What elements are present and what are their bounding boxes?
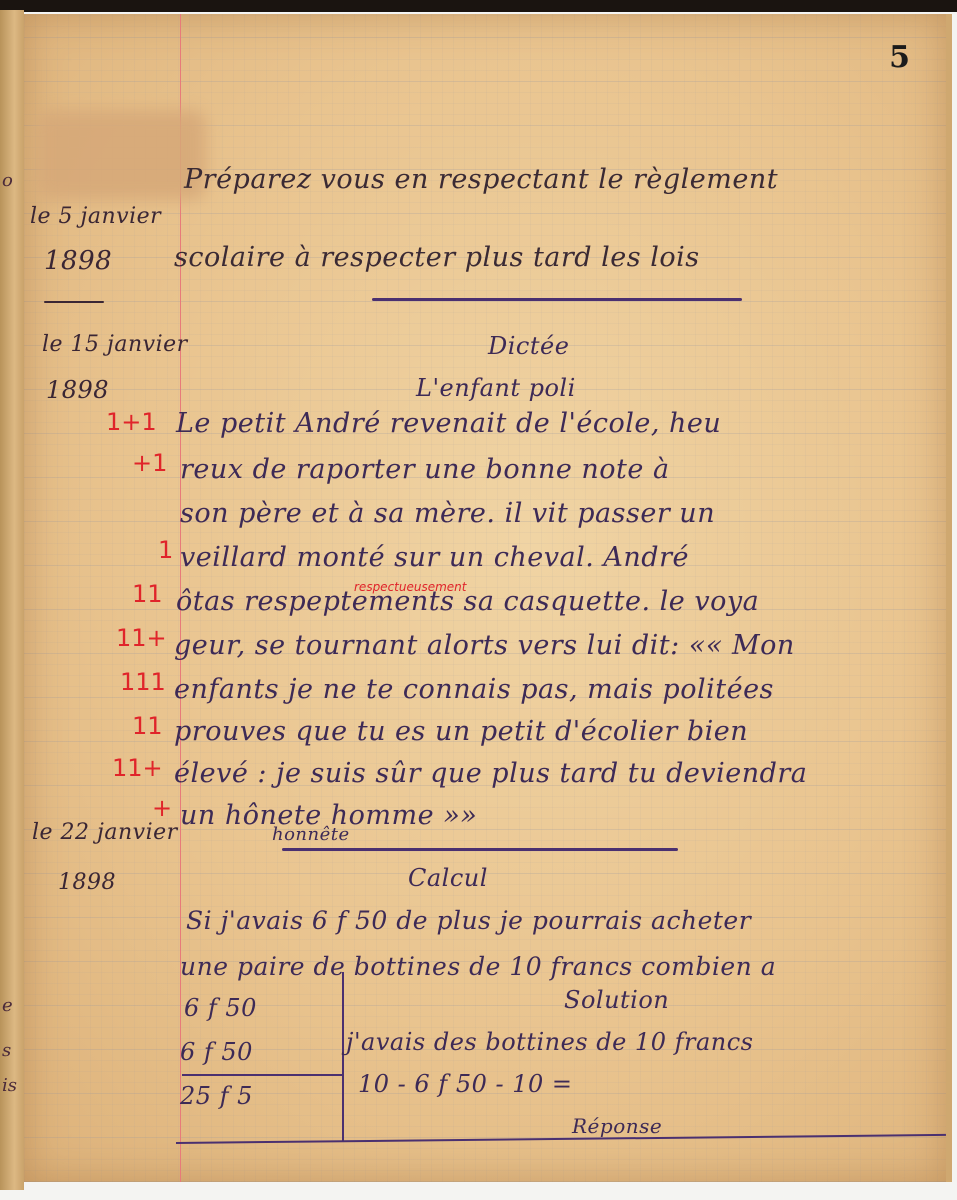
grading-marks: 11 <box>132 712 163 740</box>
spine-text-fragment: is <box>2 1075 17 1096</box>
solution-line: j'avais des bottines de 10 francs <box>346 1028 753 1056</box>
dictation-line: Le petit André revenait de l'école, heu <box>176 408 721 439</box>
teacher-correction: honnête <box>272 824 350 845</box>
grading-marks: 11 <box>132 580 163 608</box>
dictation-line: enfants je ne te connais pas, mais polit… <box>174 674 774 705</box>
dictation-line: son père et à sa mère. il vit passer un <box>180 498 715 529</box>
solution-heading: Solution <box>564 986 669 1014</box>
redacted-name-blur <box>36 110 206 200</box>
dictation-line: reux de raporter une bonne note à <box>180 454 670 485</box>
maxim-line-2: scolaire à respecter plus tard les lois <box>174 242 700 273</box>
problem-line: une paire de bottines de 10 francs combi… <box>180 952 776 981</box>
calculation-value: 6 f 50 <box>184 994 257 1022</box>
margin-divider <box>44 301 104 303</box>
page-number: 5 <box>889 40 910 75</box>
teacher-correction: respectueusement <box>354 580 466 594</box>
date-label: le 15 janvier <box>42 332 188 357</box>
date-label: le 22 janvier <box>32 820 178 845</box>
section-divider <box>282 848 678 851</box>
grading-marks: +1 <box>132 449 167 477</box>
answer-label: Réponse <box>572 1114 662 1138</box>
dictation-line: geur, se tournant alorts vers lui dit: «… <box>174 630 795 661</box>
notebook-page: 5 le 5 janvier 1898 Préparez vous en res… <box>24 14 952 1182</box>
maxim-line-1: Préparez vous en respectant le règlement <box>184 164 778 195</box>
spine-text-fragment: o <box>2 170 13 191</box>
calculation-result: 25 f 5 <box>180 1082 253 1110</box>
dictation-line: veillard monté sur un cheval. André <box>180 542 689 573</box>
date-label: le 5 janvier <box>30 204 161 229</box>
section-heading-dictee: Dictée <box>488 332 569 360</box>
section-heading-calcul: Calcul <box>408 864 488 892</box>
spine-text-fragment: e <box>2 995 13 1016</box>
year-label: 1898 <box>58 870 116 895</box>
dictation-line: ôtas respeptements sa casquette. le voya <box>176 586 759 617</box>
grading-marks: 1+1 <box>106 408 157 436</box>
year-label: 1898 <box>46 376 109 404</box>
dictation-line: prouves que tu es un petit d'écolier bie… <box>174 716 748 747</box>
section-divider <box>372 298 742 301</box>
grading-marks: 11+ <box>116 624 167 652</box>
notebook-spine: o e s is <box>0 10 24 1190</box>
solution-line: 10 - 6 f 50 - 10 = <box>358 1070 573 1098</box>
grading-marks: 11+ <box>112 754 163 782</box>
problem-line: Si j'avais 6 f 50 de plus je pourrais ac… <box>186 906 751 935</box>
scan-top-border <box>0 0 957 12</box>
sum-line <box>182 1074 342 1076</box>
calculation-value: 6 f 50 <box>180 1038 253 1066</box>
dictation-line: élevé : je suis sûr que plus tard tu dev… <box>174 758 807 789</box>
year-label: 1898 <box>44 246 112 276</box>
grading-marks: 111 <box>120 668 166 696</box>
spine-text-fragment: s <box>2 1040 11 1061</box>
grading-marks: + <box>152 794 172 822</box>
dictation-title: L'enfant poli <box>416 374 576 402</box>
bottom-rule <box>176 1134 946 1144</box>
grading-marks: 1 <box>158 536 173 564</box>
column-divider <box>342 972 344 1142</box>
